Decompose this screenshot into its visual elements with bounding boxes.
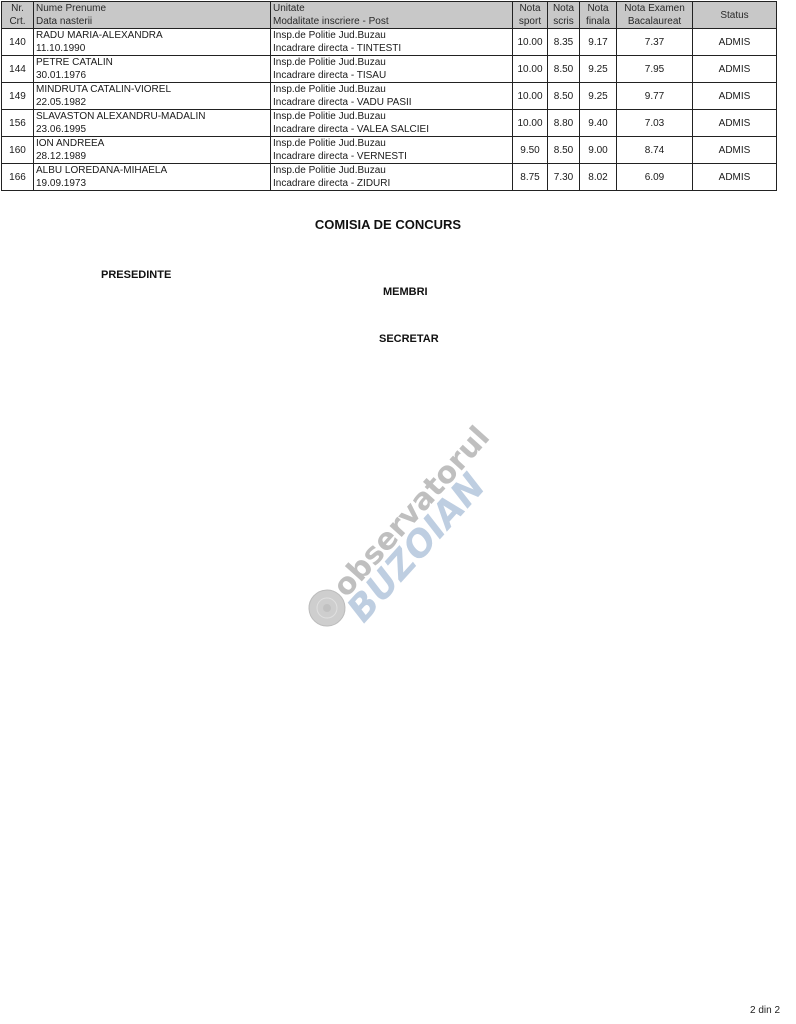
cell-status: ADMIS [693, 29, 777, 56]
header-scris-line2: scris [550, 15, 577, 28]
grade-scris: 8.50 [554, 145, 573, 156]
cell-unit: Insp.de Politie Jud.BuzauIncadrare direc… [271, 137, 513, 164]
cell-scris: 8.35 [548, 29, 580, 56]
unit: Insp.de Politie Jud.Buzau [273, 83, 510, 96]
cell-unit: Insp.de Politie Jud.BuzauIncadrare direc… [271, 164, 513, 191]
cell-sport: 9.50 [513, 137, 548, 164]
cell-name: MINDRUTA CATALIN-VIOREL22.05.1982 [34, 83, 271, 110]
page-number: 2 din 2 [750, 1005, 780, 1016]
unit: Insp.de Politie Jud.Buzau [273, 56, 510, 69]
disc-icon [302, 583, 353, 634]
candidate-name: ION ANDREEA [36, 137, 268, 150]
cell-finala: 9.25 [580, 56, 617, 83]
cell-bac: 8.74 [617, 137, 693, 164]
candidate-name: MINDRUTA CATALIN-VIOREL [36, 83, 268, 96]
role-presedinte: PRESEDINTE [101, 269, 171, 281]
birth-date: 11.10.1990 [36, 42, 268, 55]
header-nr-line2: Crt. [4, 15, 31, 28]
candidate-name: RADU MARIA-ALEXANDRA [36, 29, 268, 42]
birth-date: 23.06.1995 [36, 123, 268, 136]
cell-finala: 8.02 [580, 164, 617, 191]
cell-sport: 10.00 [513, 83, 548, 110]
cell-scris: 7.30 [548, 164, 580, 191]
birth-date: 19.09.1973 [36, 177, 268, 190]
post: Incadrare directa - TINTESTI [273, 42, 510, 55]
cell-nr: 149 [2, 83, 34, 110]
unit: Insp.de Politie Jud.Buzau [273, 110, 510, 123]
birth-date: 28.12.1989 [36, 150, 268, 163]
cell-name: ION ANDREEA28.12.1989 [34, 137, 271, 164]
header-bac: Nota Examen Bacalaureat [617, 2, 693, 29]
cell-name: SLAVASTON ALEXANDRU-MADALIN23.06.1995 [34, 110, 271, 137]
grade-finala: 9.40 [588, 118, 607, 129]
header-nr: Nr. Crt. [2, 2, 34, 29]
grade-finala: 9.00 [588, 145, 607, 156]
grade-sport: 10.00 [517, 64, 542, 75]
table-row: 140RADU MARIA-ALEXANDRA11.10.1990Insp.de… [2, 29, 777, 56]
post: Incadrare directa - VALEA SALCIEI [273, 123, 510, 136]
cell-status: ADMIS [693, 137, 777, 164]
post: Incadrare directa - TISAU [273, 69, 510, 82]
post: Incadrare directa - ZIDURI [273, 177, 510, 190]
cell-nr: 160 [2, 137, 34, 164]
cell-status: ADMIS [693, 83, 777, 110]
watermark-logo: observatorul BUZOIAN [260, 380, 540, 650]
header-unit: Unitate Modalitate inscriere - Post [271, 2, 513, 29]
header-bac-line2: Bacalaureat [619, 15, 690, 28]
header-finala: Nota finala [580, 2, 617, 29]
grade-bac: 9.77 [645, 91, 664, 102]
cell-scris: 8.80 [548, 110, 580, 137]
unit: Insp.de Politie Jud.Buzau [273, 137, 510, 150]
table-row: 156SLAVASTON ALEXANDRU-MADALIN23.06.1995… [2, 110, 777, 137]
grade-bac: 6.09 [645, 172, 664, 183]
grade-scris: 8.35 [554, 37, 573, 48]
row-nr: 149 [9, 91, 26, 102]
status-badge: ADMIS [719, 145, 751, 156]
grade-sport: 9.50 [520, 145, 539, 156]
cell-finala: 9.00 [580, 137, 617, 164]
unit: Insp.de Politie Jud.Buzau [273, 29, 510, 42]
header-finala-line2: finala [582, 15, 614, 28]
cell-unit: Insp.de Politie Jud.BuzauIncadrare direc… [271, 110, 513, 137]
results-table: Nr. Crt. Nume Prenume Data nasterii Unit… [1, 1, 777, 191]
grade-sport: 10.00 [517, 91, 542, 102]
grade-scris: 8.50 [554, 64, 573, 75]
header-sport: Nota sport [513, 2, 548, 29]
row-nr: 156 [9, 118, 26, 129]
grade-finala: 9.17 [588, 37, 607, 48]
cell-unit: Insp.de Politie Jud.BuzauIncadrare direc… [271, 56, 513, 83]
header-status: Status [693, 2, 777, 29]
birth-date: 22.05.1982 [36, 96, 268, 109]
cell-unit: Insp.de Politie Jud.BuzauIncadrare direc… [271, 29, 513, 56]
cell-bac: 7.95 [617, 56, 693, 83]
watermark-text-observatorul: observatorul [326, 420, 497, 604]
status-badge: ADMIS [719, 37, 751, 48]
table-header-row: Nr. Crt. Nume Prenume Data nasterii Unit… [2, 2, 777, 29]
header-unit-line1: Unitate [273, 2, 510, 15]
status-badge: ADMIS [719, 118, 751, 129]
row-nr: 160 [9, 145, 26, 156]
row-nr: 140 [9, 37, 26, 48]
grade-scris: 7.30 [554, 172, 573, 183]
header-finala-line1: Nota [582, 2, 614, 15]
header-sport-line2: sport [515, 15, 545, 28]
cell-sport: 8.75 [513, 164, 548, 191]
cell-sport: 10.00 [513, 29, 548, 56]
candidate-name: ALBU LOREDANA-MIHAELA [36, 164, 268, 177]
header-name-line1: Nume Prenume [36, 2, 268, 15]
table-row: 144PETRE CATALIN30.01.1976Insp.de Politi… [2, 56, 777, 83]
cell-sport: 10.00 [513, 56, 548, 83]
candidate-name: SLAVASTON ALEXANDRU-MADALIN [36, 110, 268, 123]
post: Incadrare directa - VADU PASII [273, 96, 510, 109]
cell-status: ADMIS [693, 56, 777, 83]
cell-name: ALBU LOREDANA-MIHAELA19.09.1973 [34, 164, 271, 191]
grade-bac: 7.95 [645, 64, 664, 75]
candidate-name: PETRE CATALIN [36, 56, 268, 69]
status-badge: ADMIS [719, 91, 751, 102]
cell-name: PETRE CATALIN30.01.1976 [34, 56, 271, 83]
cell-scris: 8.50 [548, 83, 580, 110]
header-bac-line1: Nota Examen [619, 2, 690, 15]
grade-scris: 8.80 [554, 118, 573, 129]
unit: Insp.de Politie Jud.Buzau [273, 164, 510, 177]
grade-scris: 8.50 [554, 91, 573, 102]
cell-name: RADU MARIA-ALEXANDRA11.10.1990 [34, 29, 271, 56]
role-membri: MEMBRI [383, 286, 428, 298]
grade-finala: 9.25 [588, 64, 607, 75]
grade-finala: 8.02 [588, 172, 607, 183]
cell-scris: 8.50 [548, 56, 580, 83]
grade-sport: 10.00 [517, 118, 542, 129]
cell-status: ADMIS [693, 164, 777, 191]
grade-bac: 7.03 [645, 118, 664, 129]
header-sport-line1: Nota [515, 2, 545, 15]
table-row: 160ION ANDREEA28.12.1989Insp.de Politie … [2, 137, 777, 164]
cell-finala: 9.25 [580, 83, 617, 110]
cell-status: ADMIS [693, 110, 777, 137]
header-name-line2: Data nasterii [36, 15, 268, 28]
cell-nr: 140 [2, 29, 34, 56]
post: Incadrare directa - VERNESTI [273, 150, 510, 163]
status-badge: ADMIS [719, 172, 751, 183]
cell-sport: 10.00 [513, 110, 548, 137]
cell-bac: 9.77 [617, 83, 693, 110]
commission-title: COMISIA DE CONCURS [0, 217, 776, 232]
row-nr: 166 [9, 172, 26, 183]
table-row: 149MINDRUTA CATALIN-VIOREL22.05.1982Insp… [2, 83, 777, 110]
cell-unit: Insp.de Politie Jud.BuzauIncadrare direc… [271, 83, 513, 110]
cell-nr: 156 [2, 110, 34, 137]
cell-bac: 6.09 [617, 164, 693, 191]
header-nr-line1: Nr. [4, 2, 31, 15]
birth-date: 30.01.1976 [36, 69, 268, 82]
cell-finala: 9.17 [580, 29, 617, 56]
cell-bac: 7.37 [617, 29, 693, 56]
role-secretar: SECRETAR [379, 333, 439, 345]
grade-sport: 8.75 [520, 172, 539, 183]
status-badge: ADMIS [719, 64, 751, 75]
header-unit-line2: Modalitate inscriere - Post [273, 15, 510, 28]
header-scris-line1: Nota [550, 2, 577, 15]
cell-scris: 8.50 [548, 137, 580, 164]
cell-nr: 144 [2, 56, 34, 83]
watermark-text-buzoian: BUZOIAN [341, 462, 491, 633]
grade-bac: 8.74 [645, 145, 664, 156]
cell-nr: 166 [2, 164, 34, 191]
grade-sport: 10.00 [517, 37, 542, 48]
cell-bac: 7.03 [617, 110, 693, 137]
grade-bac: 7.37 [645, 37, 664, 48]
table-row: 166ALBU LOREDANA-MIHAELA19.09.1973Insp.d… [2, 164, 777, 191]
header-scris: Nota scris [548, 2, 580, 29]
grade-finala: 9.25 [588, 91, 607, 102]
row-nr: 144 [9, 64, 26, 75]
cell-finala: 9.40 [580, 110, 617, 137]
header-name: Nume Prenume Data nasterii [34, 2, 271, 29]
